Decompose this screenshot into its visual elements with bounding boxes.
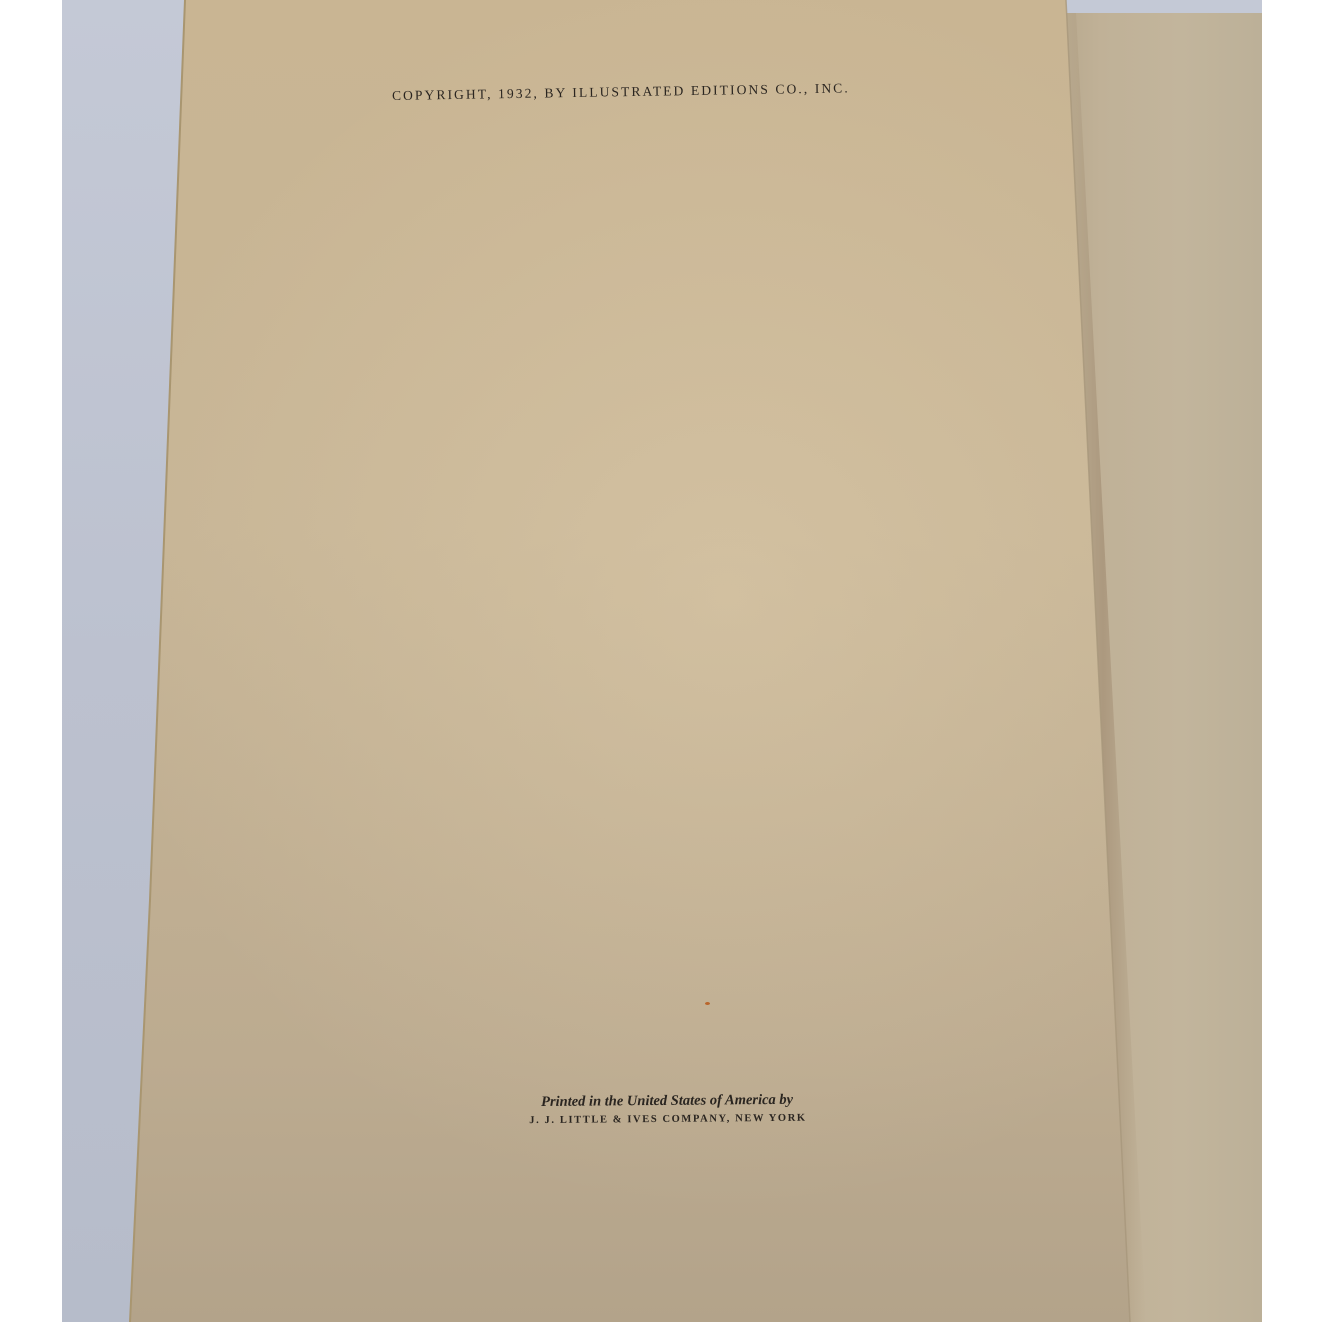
printed-by-line: Printed in the United States of America … [541, 1091, 861, 1111]
paper-speck [705, 1002, 710, 1005]
printer-imprint: Printed in the United States of America … [541, 1091, 861, 1126]
